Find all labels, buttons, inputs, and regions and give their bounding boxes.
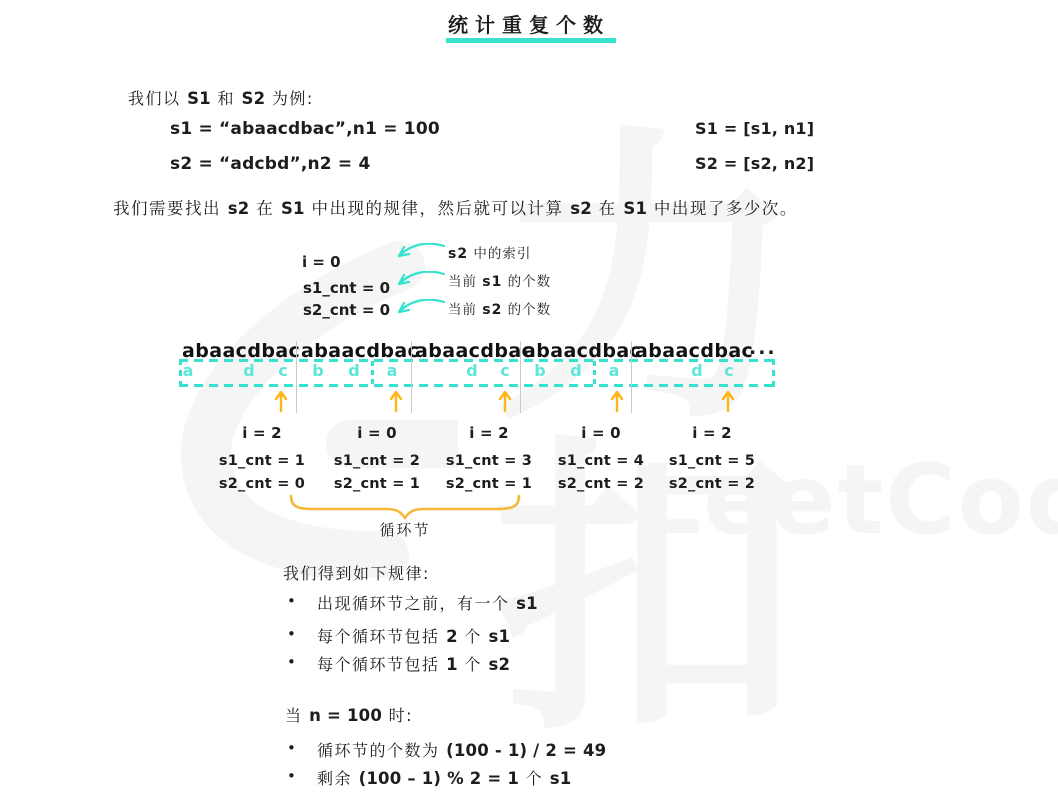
text-segment: 中出现了多少次。 [647,199,798,218]
state-i-initial: i = 0 [302,253,341,271]
match-pointer-arrow-icon [497,389,513,413]
rule-item: 每个循环节包括 1 个 s2 [317,652,510,675]
legend-arrow-icon [394,299,446,317]
state-column-i-label: i = 2 [424,424,554,442]
text-segment: 每个循环节包括 [317,655,446,674]
text-segment: (100 – 1) % 2 = 1 [359,769,519,788]
match-pointer [609,389,625,417]
text-segment: s1 [516,594,538,613]
text-segment: 在 [249,199,281,218]
matched-letter: a [384,361,400,380]
text-segment: s2 [228,199,250,218]
text-segment: S2 [242,89,266,108]
state-column-s2cnt-label: s2_cnt = 2 [647,476,777,492]
state-column-s2cnt-label: s2_cnt = 1 [312,476,442,492]
matched-letter: c [497,361,513,380]
state-column-s1cnt-label: s1_cnt = 5 [647,453,777,469]
match-pointer-arrow-icon [388,389,404,413]
block-separator-line [411,341,412,413]
s1-block-text: abaacdbac [523,340,633,362]
matched-letter: c [275,361,291,380]
text-segment: 为例: [265,89,313,108]
S1-definition: S1 = [s1, n1] [695,119,814,138]
text-segment: 个 [519,769,550,788]
match-pointer-arrow-icon [609,389,625,413]
bullet-icon: • [287,767,296,785]
text-segment: s2 [482,302,502,318]
s1-block-text: abaacdbac [182,340,292,362]
match-pointer [388,389,404,417]
state-column-i-label: i = 2 [197,424,327,442]
legend-s2-index: s2 中的索引 [448,242,531,262]
S2-definition: S2 = [s2, n2] [695,154,814,173]
text-segment: 出现循环节之前，有一个 [317,594,516,613]
text-segment: 当前 [448,274,482,290]
text-segment: 个 [458,655,489,674]
rules-header: 我们得到如下规律: [283,561,430,584]
legend-arrow-icon [394,243,446,261]
state-column-s1cnt-label: s1_cnt = 2 [312,453,442,469]
block-separator-line [520,341,521,413]
matched-letter: d [241,361,257,380]
bullet-icon: • [287,625,296,643]
state-column-i-label: i = 0 [312,424,442,442]
text-segment: 当前 [448,302,482,318]
state-column-i-label: i = 2 [647,424,777,442]
match-pointer [720,389,736,417]
rule-item: 出现循环节之前，有一个 s1 [317,591,538,614]
match-box-right-edge [772,359,775,387]
text-segment: 在 [592,199,624,218]
legend-arrow-icon [394,271,446,289]
text-segment: 我们以 [128,89,187,108]
lecture-canvas: 力扣 LeetCode 统计重复个数 我们以 S1 和 S2 为例: s1 = … [0,0,1058,794]
state-s2cnt-initial: s2_cnt = 0 [303,301,390,319]
bullet-icon: • [287,592,296,610]
matched-letter: d [568,361,584,380]
legend-s2-count: 当前 s2 的个数 [448,298,551,318]
match-pointer [497,389,513,417]
goal-line: 我们需要找出 s2 在 S1 中出现的规律，然后就可以计算 s2 在 S1 中出… [113,195,798,219]
text-segment: 时: [382,706,413,725]
text-segment: 个 [458,627,489,646]
rule-item: 每个循环节包括 2 个 s1 [317,624,510,647]
matched-letter: b [532,361,548,380]
matched-letter: d [689,361,705,380]
text-segment: 剩余 [317,769,359,788]
text-segment: s2 [448,246,468,262]
bullet-icon: • [287,739,296,757]
page-title: 统计重复个数 [0,9,1058,38]
when-item: 剩余 (100 – 1) % 2 = 1 个 s1 [317,766,571,789]
text-segment: 我们得到如下规律: [283,564,430,583]
cycle-brace-icon [288,492,522,522]
text-segment: s1 [488,627,510,646]
cycle-label: 循环节 [362,519,448,540]
state-column-s2cnt-label: s2_cnt = 1 [424,476,554,492]
when-item: 循环节的个数为 (100 - 1) / 2 = 49 [317,738,606,761]
text-segment: 循环节的个数为 [317,741,446,760]
matched-letter: b [310,361,326,380]
s2-restart-separator [371,361,374,385]
s2-restart-separator [593,361,596,385]
text-segment: 我们需要找出 [113,199,228,218]
bullet-icon: • [287,653,296,671]
block-separator-line [296,341,297,413]
text-segment: 和 [211,89,242,108]
ellipsis-more-blocks: ... [749,337,777,359]
matched-letter: a [606,361,622,380]
when-header: 当 n = 100 时: [285,703,413,726]
text-segment: S1 [623,199,647,218]
text-segment: 中出现的规律，然后就可以计算 [305,199,571,218]
text-segment: 1 [446,655,458,674]
text-segment: 当 [285,706,309,725]
text-segment: s1 [482,274,502,290]
title-underline [446,38,616,43]
block-separator-line [631,341,632,413]
text-segment: 每个循环节包括 [317,627,446,646]
s2-definition: s2 = “adcbd”,n2 = 4 [170,154,371,174]
state-column-s1cnt-label: s1_cnt = 1 [197,453,327,469]
matched-letter: a [180,361,196,380]
s1-block-text: abaacdbac [415,340,525,362]
state-column-s2cnt-label: s2_cnt = 0 [197,476,327,492]
matched-letter: c [721,361,737,380]
text-segment: s2 [570,199,592,218]
state-column-s1cnt-label: s1_cnt = 3 [424,453,554,469]
text-segment: n = 100 [309,706,382,725]
text-segment: 2 [446,627,458,646]
s1-definition: s1 = “abaacdbac”,n1 = 100 [170,119,440,139]
match-pointer [273,389,289,417]
match-box-bottom-edge [179,384,775,387]
matched-letter: d [346,361,362,380]
text-segment: 中的索引 [468,246,531,262]
s1-block-text: abaacdbac [301,340,411,362]
text-segment: S1 [187,89,211,108]
text-segment: S1 [281,199,305,218]
text-segment: 的个数 [502,274,551,290]
state-s1cnt-initial: s1_cnt = 0 [303,279,390,297]
match-pointer-arrow-icon [720,389,736,413]
matched-letter: d [464,361,480,380]
text-segment: (100 - 1) / 2 = 49 [446,741,606,760]
text-segment: s2 [488,655,510,674]
s1-block-text: abaacdbac [635,340,745,362]
text-segment: s1 [550,769,572,788]
legend-s1-count: 当前 s1 的个数 [448,270,551,290]
text-segment: 的个数 [502,302,551,318]
match-pointer-arrow-icon [273,389,289,413]
intro-line: 我们以 S1 和 S2 为例: [128,86,314,109]
